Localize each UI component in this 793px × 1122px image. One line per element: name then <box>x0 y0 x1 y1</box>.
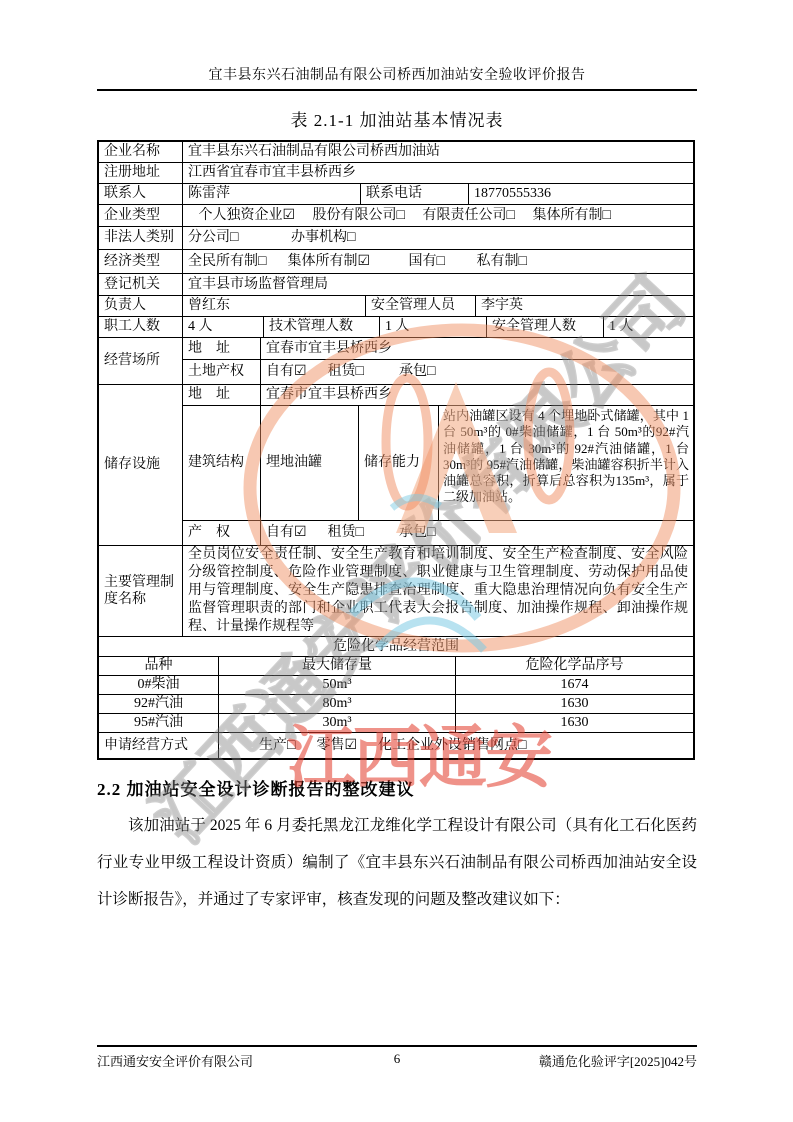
storage-facility-group: 储存设施 地 址 宜春市宜丰县桥西乡 建筑结构 埋地油罐 储存能力 站内油罐区设… <box>99 385 693 546</box>
phone-label: 联系电话 <box>361 184 469 204</box>
row-label: 企业名称 <box>99 142 183 162</box>
table-row: 品种 最大储存量 危险化学品序号 <box>99 657 693 676</box>
table-row: 申请经营方式 生产□ 零售☑ 化工企业外设销售网点□ <box>99 733 693 758</box>
hazchem-header-serial: 危险化学品序号 <box>456 657 693 675</box>
table-row: 负责人 曾红东 安全管理人员 李宇英 <box>99 296 693 317</box>
table-row: 主要管理制度名称 全员岗位安全责任制、安全生产教育和培训制度、安全生产检查制度、… <box>99 546 693 637</box>
phone-value: 18770555336 <box>469 184 693 204</box>
table-row: 地 址 宜春市宜丰县桥西乡 <box>183 338 693 360</box>
economic-type-options: 全民所有制□ 集体所有制☑ 国有□ 私有制□ <box>183 250 693 273</box>
page-footer: 江西通安安全评价有限公司 6 赣通危化验评字[2025]042号 <box>97 1045 697 1070</box>
address-label: 地 址 <box>183 385 261 405</box>
structure-label: 建筑结构 <box>183 406 261 520</box>
table-row: 建筑结构 埋地油罐 储存能力 站内油罐区设有 4 个埋地卧式储罐，其中 1 台 … <box>183 406 693 521</box>
address-label: 地 址 <box>183 338 261 359</box>
company-name-value: 宜丰县东兴石油制品有限公司桥西加油站 <box>183 142 693 162</box>
property-options: 自有☑ 租赁□ 承包□ <box>261 521 693 545</box>
group-label: 储存设施 <box>99 385 183 545</box>
capacity-description: 站内油罐区设有 4 个埋地卧式储罐，其中 1 台 50m³的 0#柴油储罐，1 … <box>439 406 693 520</box>
hazchem-storage: 30m³ <box>219 714 456 732</box>
non-legal-person-options: 分公司□ 办事机构□ <box>183 227 693 249</box>
premises-address: 宜春市宜丰县桥西乡 <box>261 338 693 359</box>
table-row: 土地产权 自有☑ 租赁□ 承包□ <box>183 360 693 384</box>
land-ownership-options: 自有☑ 租赁□ 承包□ <box>261 360 693 384</box>
table-row: 登记机关 宜丰县市场监督管理局 <box>99 274 693 296</box>
group-label: 经营场所 <box>99 338 183 384</box>
safety-manager-label: 安全管理人员 <box>366 296 476 316</box>
company-type-options: 个人独资企业☑ 股份有限公司□ 有限责任公司□ 集体所有制□ <box>183 205 693 226</box>
table-row: 企业类型 个人独资企业☑ 股份有限公司□ 有限责任公司□ 集体所有制□ <box>99 205 693 227</box>
table-row: 企业名称 宜丰县东兴石油制品有限公司桥西加油站 <box>99 142 693 163</box>
row-label: 注册地址 <box>99 163 183 183</box>
table-row: 92#汽油 80m³ 1630 <box>99 695 693 714</box>
group-body: 地 址 宜春市宜丰县桥西乡 建筑结构 埋地油罐 储存能力 站内油罐区设有 4 个… <box>183 385 693 545</box>
table-row: 非法人类别 分公司□ 办事机构□ <box>99 227 693 250</box>
table-row: 95#汽油 30m³ 1630 <box>99 714 693 733</box>
tech-staff-count: 1 人 <box>380 317 487 337</box>
table-row: 职工人数 4 人 技术管理人数 1 人 安全管理人数 1 人 <box>99 317 693 338</box>
business-mode-label: 申请经营方式 <box>99 733 219 758</box>
registered-address-value: 江西省宜春市宜丰县桥西乡 <box>183 163 693 183</box>
principal-name: 曾红东 <box>183 296 366 316</box>
row-label: 非法人类别 <box>99 227 183 249</box>
safety-manager-name: 李宇英 <box>476 296 693 316</box>
contact-name: 陈雷萍 <box>183 184 361 204</box>
hazchem-variety: 92#汽油 <box>99 695 219 713</box>
business-mode-options: 生产□ 零售☑ 化工企业外设销售网点□ <box>219 733 693 758</box>
page-number: 6 <box>97 1051 697 1067</box>
row-label: 联系人 <box>99 184 183 204</box>
registration-authority-value: 宜丰县市场监督管理局 <box>183 274 693 295</box>
staff-count: 4 人 <box>183 317 264 337</box>
table-row: 0#柴油 50m³ 1674 <box>99 676 693 695</box>
table-caption: 表 2.1-1 加油站基本情况表 <box>97 106 697 131</box>
row-label: 负责人 <box>99 296 183 316</box>
hazchem-serial: 1630 <box>456 695 693 713</box>
page-content: 表 2.1-1 加油站基本情况表 企业名称 宜丰县东兴石油制品有限公司桥西加油站… <box>97 100 697 918</box>
hazchem-header-variety: 品种 <box>99 657 219 675</box>
tech-staff-label: 技术管理人数 <box>264 317 380 337</box>
group-body: 地 址 宜春市宜丰县桥西乡 土地产权 自有☑ 租赁□ 承包□ <box>183 338 693 384</box>
table-row: 产 权 自有☑ 租赁□ 承包□ <box>183 521 693 545</box>
row-label: 职工人数 <box>99 317 183 337</box>
table-row: 注册地址 江西省宜春市宜丰县桥西乡 <box>99 163 693 184</box>
business-premises-group: 经营场所 地 址 宜春市宜丰县桥西乡 土地产权 自有☑ 租赁□ 承包□ <box>99 338 693 385</box>
section-paragraph: 该加油站于 2025 年 6 月委托黑龙江龙维化学工程设计有限公司（具有化工石化… <box>97 807 697 918</box>
row-label: 企业类型 <box>99 205 183 226</box>
structure-value: 埋地油罐 <box>261 406 359 520</box>
row-label: 登记机关 <box>99 274 183 295</box>
row-label: 主要管理制度名称 <box>99 546 183 636</box>
hazchem-header-storage: 最大储存量 <box>219 657 456 675</box>
section-heading: 2.2 加油站安全设计诊断报告的整改建议 <box>97 775 697 800</box>
property-label: 产 权 <box>183 521 261 545</box>
row-label: 经济类型 <box>99 250 183 273</box>
hazchem-storage: 50m³ <box>219 676 456 694</box>
hazchem-serial: 1674 <box>456 676 693 694</box>
report-page: 江西通安评价有限公司 江西通安 宜丰县东兴石油制品有限公司桥西加油站安全验收评价… <box>0 0 793 1122</box>
table-row: 危险化学品经营范围 <box>99 637 693 657</box>
table-row: 经济类型 全民所有制□ 集体所有制☑ 国有□ 私有制□ <box>99 250 693 274</box>
station-info-table: 企业名称 宜丰县东兴石油制品有限公司桥西加油站 注册地址 江西省宜春市宜丰县桥西… <box>97 140 695 760</box>
table-row: 联系人 陈雷萍 联系电话 18770555336 <box>99 184 693 205</box>
hazchem-scope-title: 危险化学品经营范围 <box>99 637 693 656</box>
storage-address: 宜春市宜丰县桥西乡 <box>261 385 693 405</box>
page-header: 宜丰县东兴石油制品有限公司桥西加油站安全验收评价报告 <box>97 64 697 91</box>
land-ownership-label: 土地产权 <box>183 360 261 384</box>
hazchem-variety: 0#柴油 <box>99 676 219 694</box>
safety-staff-count: 1 人 <box>604 317 693 337</box>
hazchem-serial: 1630 <box>456 714 693 732</box>
hazchem-variety: 95#汽油 <box>99 714 219 732</box>
group-label-text: 储存设施 <box>104 456 160 474</box>
management-systems-text: 全员岗位安全责任制、安全生产教育和培训制度、安全生产检查制度、安全风险分级管控制… <box>183 546 693 636</box>
hazchem-storage: 80m³ <box>219 695 456 713</box>
group-label-text: 经营场所 <box>104 352 160 370</box>
safety-staff-label: 安全管理人数 <box>487 317 604 337</box>
report-title: 宜丰县东兴石油制品有限公司桥西加油站安全验收评价报告 <box>209 68 586 83</box>
table-row: 地 址 宜春市宜丰县桥西乡 <box>183 385 693 406</box>
capacity-label: 储存能力 <box>359 406 439 520</box>
